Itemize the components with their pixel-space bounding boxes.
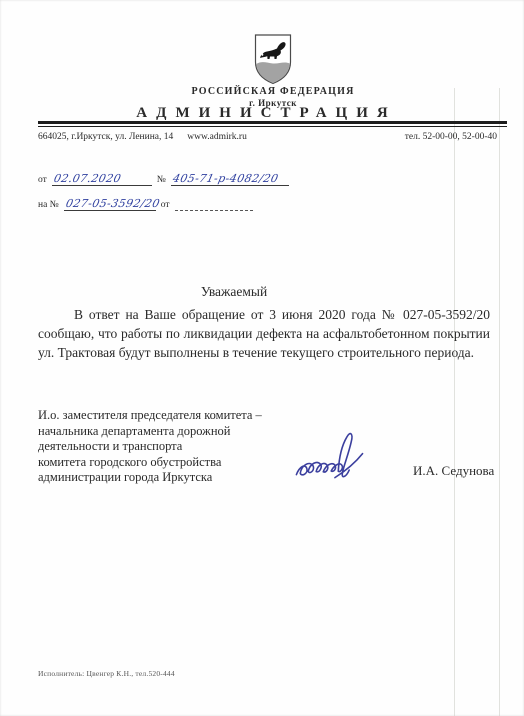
reply-date-label: от	[161, 200, 170, 211]
number-label: №	[157, 175, 166, 186]
shield-base	[256, 62, 290, 83]
website-text: www.admirk.ru	[187, 132, 247, 142]
executor-line: Исполнитель: Цвенгер К.Н., тел.520-444	[38, 669, 175, 678]
incoming-ref-line: на № 027-05-3592/20 от	[38, 186, 294, 211]
outgoing-number-field: 405-71-р-4082/20	[171, 171, 289, 186]
country-title: РОССИЙСКАЯ ФЕДЕРАЦИЯ	[11, 86, 524, 97]
from-label: от	[38, 175, 47, 186]
handwritten-reply-number: 027-05-3592/20	[64, 197, 160, 210]
salutation: Уважаемый	[38, 284, 430, 300]
scan-fold-line	[499, 88, 500, 716]
organization-title: АДМИНИСТРАЦИЯ	[0, 105, 524, 122]
scan-fold-line	[454, 88, 455, 716]
header-double-rule	[38, 121, 507, 127]
postal-address: 664025, г.Иркутск, ул. Ленина, 14	[38, 132, 173, 142]
reference-block: от 02.07.2020 № 405-71-р-4082/20 на № 02…	[38, 161, 294, 211]
letter-body-paragraph: В ответ на Ваше обращение от 3 июня 2020…	[38, 305, 490, 362]
outgoing-date-field: 02.07.2020	[52, 171, 152, 186]
phone-numbers: тел. 52-00-00, 52-00-40	[405, 132, 497, 142]
handwritten-signature-icon	[285, 423, 395, 496]
handwritten-number: 405-71-р-4082/20	[171, 172, 279, 185]
reply-to-label: на №	[38, 200, 59, 211]
incoming-date-field	[175, 196, 253, 211]
handwritten-date: 02.07.2020	[52, 172, 122, 185]
irkutsk-coat-of-arms-icon	[252, 33, 294, 86]
signer-name: И.А. Седунова	[413, 463, 494, 479]
incoming-number-field: 027-05-3592/20	[64, 196, 156, 211]
letter-page: РОССИЙСКАЯ ФЕДЕРАЦИЯ г. Иркутск АДМИНИСТ…	[0, 0, 524, 716]
outgoing-ref-line: от 02.07.2020 № 405-71-р-4082/20	[38, 161, 294, 186]
contact-row: 664025, г.Иркутск, ул. Ленина, 14 www.ad…	[38, 132, 497, 142]
position-line: И.о. заместителя председателя комитета –	[38, 408, 338, 424]
